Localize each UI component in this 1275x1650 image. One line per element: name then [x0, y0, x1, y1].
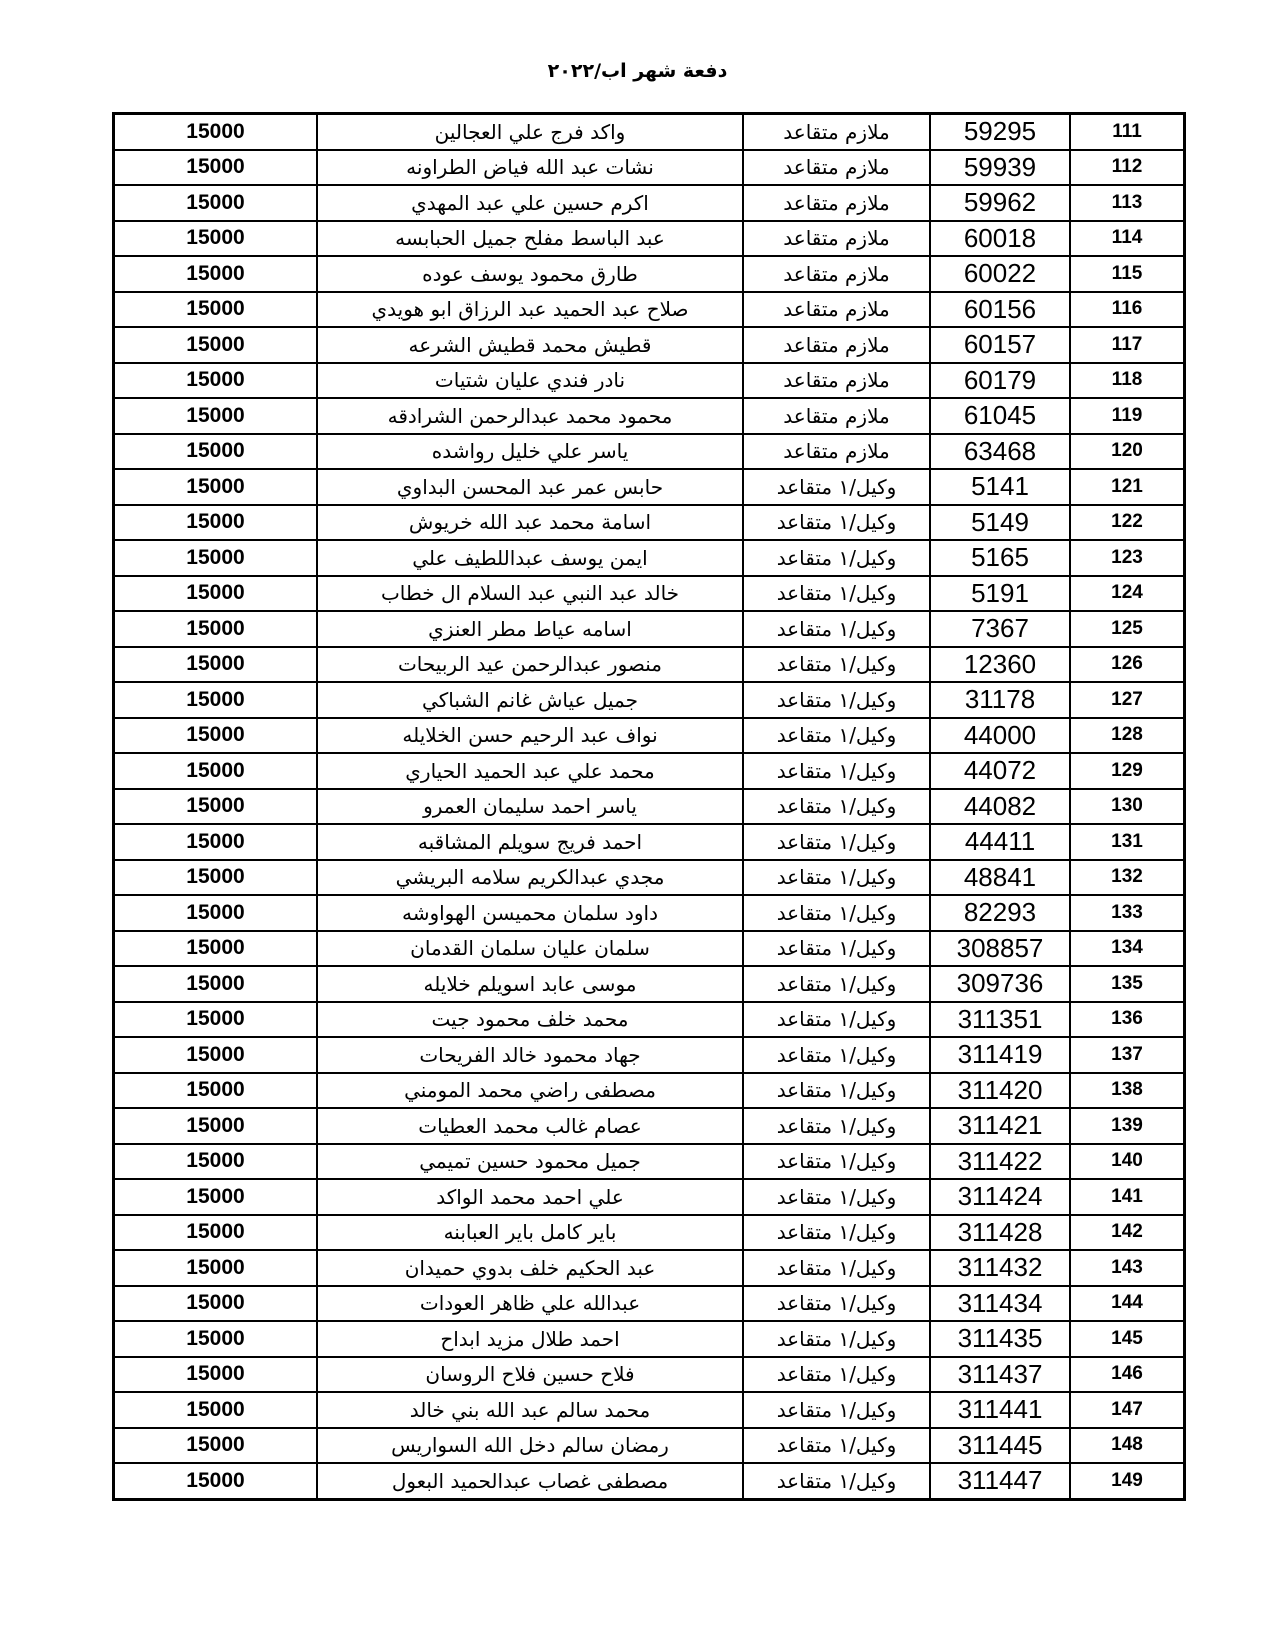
row-number-cell: 111 — [1070, 114, 1185, 150]
table-row: 149 311447 وكيل/١ متقاعد مصطفى غصاب عبدا… — [114, 1463, 1185, 1499]
name-cell: عبد الباسط مفلح جميل الحبابسه — [317, 221, 743, 257]
row-number-cell: 117 — [1070, 327, 1185, 363]
id-number-cell: 311434 — [930, 1286, 1070, 1322]
name-cell: حابس عمر عبد المحسن البداوي — [317, 469, 743, 505]
row-number-cell: 140 — [1070, 1144, 1185, 1180]
row-number-cell: 114 — [1070, 221, 1185, 257]
id-number-cell: 59295 — [930, 114, 1070, 150]
rank-cell: وكيل/١ متقاعد — [743, 1144, 930, 1180]
rank-cell: وكيل/١ متقاعد — [743, 1002, 930, 1038]
amount-cell: 15000 — [114, 505, 318, 541]
name-cell: نادر فندي عليان شتيات — [317, 363, 743, 399]
row-number-cell: 143 — [1070, 1250, 1185, 1286]
id-number-cell: 311445 — [930, 1428, 1070, 1464]
rank-cell: ملازم متقاعد — [743, 292, 930, 328]
amount-cell: 15000 — [114, 363, 318, 399]
rank-cell: وكيل/١ متقاعد — [743, 1392, 930, 1428]
table-row: 125 7367 وكيل/١ متقاعد اسامه عياط مطر ال… — [114, 611, 1185, 647]
amount-cell: 15000 — [114, 469, 318, 505]
rank-cell: وكيل/١ متقاعد — [743, 1108, 930, 1144]
row-number-cell: 130 — [1070, 789, 1185, 825]
amount-cell: 15000 — [114, 398, 318, 434]
id-number-cell: 311419 — [930, 1037, 1070, 1073]
table-row: 147 311441 وكيل/١ متقاعد محمد سالم عبد ا… — [114, 1392, 1185, 1428]
amount-cell: 15000 — [114, 292, 318, 328]
name-cell: نواف عبد الرحيم حسن الخلايله — [317, 718, 743, 754]
amount-cell: 15000 — [114, 718, 318, 754]
name-cell: مصطفى راضي محمد المومني — [317, 1073, 743, 1109]
rank-cell: وكيل/١ متقاعد — [743, 895, 930, 931]
amount-cell: 15000 — [114, 860, 318, 896]
id-number-cell: 311432 — [930, 1250, 1070, 1286]
row-number-cell: 124 — [1070, 576, 1185, 612]
table-row: 111 59295 ملازم متقاعد واكد فرج علي العج… — [114, 114, 1185, 150]
row-number-cell: 125 — [1070, 611, 1185, 647]
name-cell: عصام غالب محمد العطيات — [317, 1108, 743, 1144]
rank-cell: وكيل/١ متقاعد — [743, 824, 930, 860]
id-number-cell: 60018 — [930, 221, 1070, 257]
table-row: 148 311445 وكيل/١ متقاعد رمضان سالم دخل … — [114, 1428, 1185, 1464]
rank-cell: وكيل/١ متقاعد — [743, 611, 930, 647]
table-row: 112 59939 ملازم متقاعد نشات عبد الله فيا… — [114, 150, 1185, 186]
row-number-cell: 122 — [1070, 505, 1185, 541]
table-row: 124 5191 وكيل/١ متقاعد خالد عبد النبي عب… — [114, 576, 1185, 612]
row-number-cell: 127 — [1070, 682, 1185, 718]
id-number-cell: 63468 — [930, 434, 1070, 470]
row-number-cell: 137 — [1070, 1037, 1185, 1073]
rank-cell: وكيل/١ متقاعد — [743, 1428, 930, 1464]
rank-cell: ملازم متقاعد — [743, 363, 930, 399]
amount-cell: 15000 — [114, 1215, 318, 1251]
table-body: 111 59295 ملازم متقاعد واكد فرج علي العج… — [114, 114, 1185, 1500]
row-number-cell: 134 — [1070, 931, 1185, 967]
id-number-cell: 311420 — [930, 1073, 1070, 1109]
rank-cell: ملازم متقاعد — [743, 221, 930, 257]
table-row: 116 60156 ملازم متقاعد صلاح عبد الحميد ع… — [114, 292, 1185, 328]
table-row: 136 311351 وكيل/١ متقاعد محمد خلف محمود … — [114, 1002, 1185, 1038]
table-row: 137 311419 وكيل/١ متقاعد جهاد محمود خالد… — [114, 1037, 1185, 1073]
name-cell: علي احمد محمد الواكد — [317, 1179, 743, 1215]
name-cell: داود سلمان محميسن الهواوشه — [317, 895, 743, 931]
rank-cell: ملازم متقاعد — [743, 327, 930, 363]
name-cell: محمود محمد عبدالرحمن الشرادقه — [317, 398, 743, 434]
row-number-cell: 113 — [1070, 185, 1185, 221]
rank-cell: وكيل/١ متقاعد — [743, 540, 930, 576]
name-cell: باير كامل باير العبابنه — [317, 1215, 743, 1251]
table-row: 113 59962 ملازم متقاعد اكرم حسين علي عبد… — [114, 185, 1185, 221]
table-row: 142 311428 وكيل/١ متقاعد باير كامل باير … — [114, 1215, 1185, 1251]
amount-cell: 15000 — [114, 753, 318, 789]
rank-cell: وكيل/١ متقاعد — [743, 1037, 930, 1073]
rank-cell: وكيل/١ متقاعد — [743, 1357, 930, 1393]
rank-cell: وكيل/١ متقاعد — [743, 682, 930, 718]
table-row: 131 44411 وكيل/١ متقاعد احمد فريج سويلم … — [114, 824, 1185, 860]
row-number-cell: 144 — [1070, 1286, 1185, 1322]
row-number-cell: 141 — [1070, 1179, 1185, 1215]
amount-cell: 15000 — [114, 1357, 318, 1393]
row-number-cell: 148 — [1070, 1428, 1185, 1464]
name-cell: خالد عبد النبي عبد السلام ال خطاب — [317, 576, 743, 612]
table-row: 128 44000 وكيل/١ متقاعد نواف عبد الرحيم … — [114, 718, 1185, 754]
amount-cell: 15000 — [114, 327, 318, 363]
table-row: 135 309736 وكيل/١ متقاعد موسى عابد اسويل… — [114, 966, 1185, 1002]
rank-cell: وكيل/١ متقاعد — [743, 718, 930, 754]
id-number-cell: 311424 — [930, 1179, 1070, 1215]
id-number-cell: 44082 — [930, 789, 1070, 825]
name-cell: ايمن يوسف عبداللطيف علي — [317, 540, 743, 576]
id-number-cell: 311422 — [930, 1144, 1070, 1180]
amount-cell: 15000 — [114, 1108, 318, 1144]
row-number-cell: 139 — [1070, 1108, 1185, 1144]
name-cell: مجدي عبدالكريم سلامه البريشي — [317, 860, 743, 896]
rank-cell: وكيل/١ متقاعد — [743, 647, 930, 683]
id-number-cell: 5165 — [930, 540, 1070, 576]
table-row: 114 60018 ملازم متقاعد عبد الباسط مفلح ج… — [114, 221, 1185, 257]
amount-cell: 15000 — [114, 966, 318, 1002]
name-cell: احمد فريج سويلم المشاقبه — [317, 824, 743, 860]
amount-cell: 15000 — [114, 1428, 318, 1464]
table-row: 134 308857 وكيل/١ متقاعد سلمان عليان سلم… — [114, 931, 1185, 967]
table-row: 123 5165 وكيل/١ متقاعد ايمن يوسف عبداللط… — [114, 540, 1185, 576]
name-cell: جميل محمود حسين تميمي — [317, 1144, 743, 1180]
table-row: 127 31178 وكيل/١ متقاعد جميل عياش غانم ا… — [114, 682, 1185, 718]
name-cell: موسى عابد اسويلم خلايله — [317, 966, 743, 1002]
amount-cell: 15000 — [114, 931, 318, 967]
table-row: 118 60179 ملازم متقاعد نادر فندي عليان ش… — [114, 363, 1185, 399]
row-number-cell: 118 — [1070, 363, 1185, 399]
rank-cell: وكيل/١ متقاعد — [743, 505, 930, 541]
table-row: 145 311435 وكيل/١ متقاعد احمد طلال مزيد … — [114, 1321, 1185, 1357]
rank-cell: وكيل/١ متقاعد — [743, 753, 930, 789]
rank-cell: وكيل/١ متقاعد — [743, 1463, 930, 1499]
rank-cell: ملازم متقاعد — [743, 150, 930, 186]
name-cell: عبدالله علي ظاهر العودات — [317, 1286, 743, 1322]
id-number-cell: 48841 — [930, 860, 1070, 896]
id-number-cell: 5191 — [930, 576, 1070, 612]
table-row: 132 48841 وكيل/١ متقاعد مجدي عبدالكريم س… — [114, 860, 1185, 896]
row-number-cell: 132 — [1070, 860, 1185, 896]
id-number-cell: 31178 — [930, 682, 1070, 718]
table-row: 141 311424 وكيل/١ متقاعد علي احمد محمد ا… — [114, 1179, 1185, 1215]
rank-cell: وكيل/١ متقاعد — [743, 576, 930, 612]
rank-cell: وكيل/١ متقاعد — [743, 1250, 930, 1286]
id-number-cell: 309736 — [930, 966, 1070, 1002]
name-cell: اسامة محمد عبد الله خريوش — [317, 505, 743, 541]
row-number-cell: 133 — [1070, 895, 1185, 931]
id-number-cell: 311421 — [930, 1108, 1070, 1144]
table-row: 130 44082 وكيل/١ متقاعد ياسر احمد سليمان… — [114, 789, 1185, 825]
amount-cell: 15000 — [114, 611, 318, 647]
id-number-cell: 311441 — [930, 1392, 1070, 1428]
name-cell: اكرم حسين علي عبد المهدي — [317, 185, 743, 221]
row-number-cell: 119 — [1070, 398, 1185, 434]
row-number-cell: 112 — [1070, 150, 1185, 186]
table-row: 121 5141 وكيل/١ متقاعد حابس عمر عبد المح… — [114, 469, 1185, 505]
id-number-cell: 59939 — [930, 150, 1070, 186]
document-page: دفعة شهر اب/٢٠٢٢ 111 59295 ملازم متقاعد … — [0, 0, 1275, 1650]
amount-cell: 15000 — [114, 185, 318, 221]
amount-cell: 15000 — [114, 114, 318, 150]
row-number-cell: 120 — [1070, 434, 1185, 470]
amount-cell: 15000 — [114, 895, 318, 931]
amount-cell: 15000 — [114, 1250, 318, 1286]
name-cell: رمضان سالم دخل الله السواريس — [317, 1428, 743, 1464]
amount-cell: 15000 — [114, 1321, 318, 1357]
name-cell: جهاد محمود خالد الفريحات — [317, 1037, 743, 1073]
row-number-cell: 146 — [1070, 1357, 1185, 1393]
rank-cell: وكيل/١ متقاعد — [743, 1286, 930, 1322]
name-cell: احمد طلال مزيد ابداح — [317, 1321, 743, 1357]
rank-cell: وكيل/١ متقاعد — [743, 966, 930, 1002]
amount-cell: 15000 — [114, 647, 318, 683]
row-number-cell: 126 — [1070, 647, 1185, 683]
amount-cell: 15000 — [114, 576, 318, 612]
table-row: 120 63468 ملازم متقاعد ياسر علي خليل روا… — [114, 434, 1185, 470]
table-row: 138 311420 وكيل/١ متقاعد مصطفى راضي محمد… — [114, 1073, 1185, 1109]
name-cell: محمد سالم عبد الله بني خالد — [317, 1392, 743, 1428]
rank-cell: ملازم متقاعد — [743, 398, 930, 434]
name-cell: ياسر علي خليل رواشده — [317, 434, 743, 470]
row-number-cell: 145 — [1070, 1321, 1185, 1357]
name-cell: سلمان عليان سلمان القدمان — [317, 931, 743, 967]
row-number-cell: 131 — [1070, 824, 1185, 860]
row-number-cell: 123 — [1070, 540, 1185, 576]
row-number-cell: 147 — [1070, 1392, 1185, 1428]
row-number-cell: 128 — [1070, 718, 1185, 754]
amount-cell: 15000 — [114, 1392, 318, 1428]
retirees-payment-table: 111 59295 ملازم متقاعد واكد فرج علي العج… — [112, 112, 1186, 1501]
table-row: 122 5149 وكيل/١ متقاعد اسامة محمد عبد ال… — [114, 505, 1185, 541]
rank-cell: ملازم متقاعد — [743, 114, 930, 150]
name-cell: مصطفى غصاب عبدالحميد البعول — [317, 1463, 743, 1499]
rank-cell: وكيل/١ متقاعد — [743, 931, 930, 967]
name-cell: قطيش محمد قطيش الشرعه — [317, 327, 743, 363]
rank-cell: وكيل/١ متقاعد — [743, 1321, 930, 1357]
amount-cell: 15000 — [114, 1286, 318, 1322]
name-cell: فلاح حسين فلاح الروسان — [317, 1357, 743, 1393]
table-row: 126 12360 وكيل/١ متقاعد منصور عبدالرحمن … — [114, 647, 1185, 683]
table-row: 115 60022 ملازم متقاعد طارق محمود يوسف ع… — [114, 256, 1185, 292]
table-row: 119 61045 ملازم متقاعد محمود محمد عبدالر… — [114, 398, 1185, 434]
table-row: 144 311434 وكيل/١ متقاعد عبدالله علي ظاه… — [114, 1286, 1185, 1322]
id-number-cell: 311437 — [930, 1357, 1070, 1393]
name-cell: ياسر احمد سليمان العمرو — [317, 789, 743, 825]
rank-cell: وكيل/١ متقاعد — [743, 789, 930, 825]
name-cell: اسامه عياط مطر العنزي — [317, 611, 743, 647]
amount-cell: 15000 — [114, 682, 318, 718]
id-number-cell: 82293 — [930, 895, 1070, 931]
name-cell: محمد خلف محمود جيت — [317, 1002, 743, 1038]
id-number-cell: 5141 — [930, 469, 1070, 505]
amount-cell: 15000 — [114, 150, 318, 186]
table-row: 139 311421 وكيل/١ متقاعد عصام غالب محمد … — [114, 1108, 1185, 1144]
table-row: 117 60157 ملازم متقاعد قطيش محمد قطيش ال… — [114, 327, 1185, 363]
amount-cell: 15000 — [114, 540, 318, 576]
row-number-cell: 136 — [1070, 1002, 1185, 1038]
amount-cell: 15000 — [114, 1463, 318, 1499]
id-number-cell: 311428 — [930, 1215, 1070, 1251]
amount-cell: 15000 — [114, 1037, 318, 1073]
amount-cell: 15000 — [114, 1002, 318, 1038]
table-row: 143 311432 وكيل/١ متقاعد عبد الحكيم خلف … — [114, 1250, 1185, 1286]
amount-cell: 15000 — [114, 1179, 318, 1215]
rank-cell: وكيل/١ متقاعد — [743, 469, 930, 505]
name-cell: عبد الحكيم خلف بدوي حميدان — [317, 1250, 743, 1286]
table-row: 146 311437 وكيل/١ متقاعد فلاح حسين فلاح … — [114, 1357, 1185, 1393]
table-row: 140 311422 وكيل/١ متقاعد جميل محمود حسين… — [114, 1144, 1185, 1180]
rank-cell: ملازم متقاعد — [743, 434, 930, 470]
amount-cell: 15000 — [114, 1144, 318, 1180]
id-number-cell: 44411 — [930, 824, 1070, 860]
id-number-cell: 60156 — [930, 292, 1070, 328]
name-cell: منصور عبدالرحمن عيد الربيحات — [317, 647, 743, 683]
id-number-cell: 44000 — [930, 718, 1070, 754]
page-title: دفعة شهر اب/٢٠٢٢ — [0, 60, 1275, 82]
row-number-cell: 121 — [1070, 469, 1185, 505]
row-number-cell: 149 — [1070, 1463, 1185, 1499]
id-number-cell: 7367 — [930, 611, 1070, 647]
row-number-cell: 129 — [1070, 753, 1185, 789]
id-number-cell: 44072 — [930, 753, 1070, 789]
id-number-cell: 60022 — [930, 256, 1070, 292]
name-cell: محمد علي عبد الحميد الحياري — [317, 753, 743, 789]
row-number-cell: 138 — [1070, 1073, 1185, 1109]
rank-cell: ملازم متقاعد — [743, 185, 930, 221]
id-number-cell: 12360 — [930, 647, 1070, 683]
id-number-cell: 59962 — [930, 185, 1070, 221]
amount-cell: 15000 — [114, 221, 318, 257]
amount-cell: 15000 — [114, 789, 318, 825]
row-number-cell: 115 — [1070, 256, 1185, 292]
id-number-cell: 5149 — [930, 505, 1070, 541]
name-cell: واكد فرج علي العجالين — [317, 114, 743, 150]
rank-cell: وكيل/١ متقاعد — [743, 860, 930, 896]
table-row: 133 82293 وكيل/١ متقاعد داود سلمان محميس… — [114, 895, 1185, 931]
id-number-cell: 60179 — [930, 363, 1070, 399]
rank-cell: وكيل/١ متقاعد — [743, 1179, 930, 1215]
id-number-cell: 311435 — [930, 1321, 1070, 1357]
name-cell: نشات عبد الله فياض الطراونه — [317, 150, 743, 186]
name-cell: جميل عياش غانم الشباكي — [317, 682, 743, 718]
name-cell: صلاح عبد الحميد عبد الرزاق ابو هويدي — [317, 292, 743, 328]
id-number-cell: 308857 — [930, 931, 1070, 967]
id-number-cell: 311351 — [930, 1002, 1070, 1038]
amount-cell: 15000 — [114, 256, 318, 292]
id-number-cell: 61045 — [930, 398, 1070, 434]
rank-cell: وكيل/١ متقاعد — [743, 1073, 930, 1109]
amount-cell: 15000 — [114, 434, 318, 470]
row-number-cell: 135 — [1070, 966, 1185, 1002]
rank-cell: ملازم متقاعد — [743, 256, 930, 292]
amount-cell: 15000 — [114, 1073, 318, 1109]
row-number-cell: 116 — [1070, 292, 1185, 328]
amount-cell: 15000 — [114, 824, 318, 860]
name-cell: طارق محمود يوسف عوده — [317, 256, 743, 292]
id-number-cell: 60157 — [930, 327, 1070, 363]
row-number-cell: 142 — [1070, 1215, 1185, 1251]
table-row: 129 44072 وكيل/١ متقاعد محمد علي عبد الح… — [114, 753, 1185, 789]
id-number-cell: 311447 — [930, 1463, 1070, 1499]
rank-cell: وكيل/١ متقاعد — [743, 1215, 930, 1251]
